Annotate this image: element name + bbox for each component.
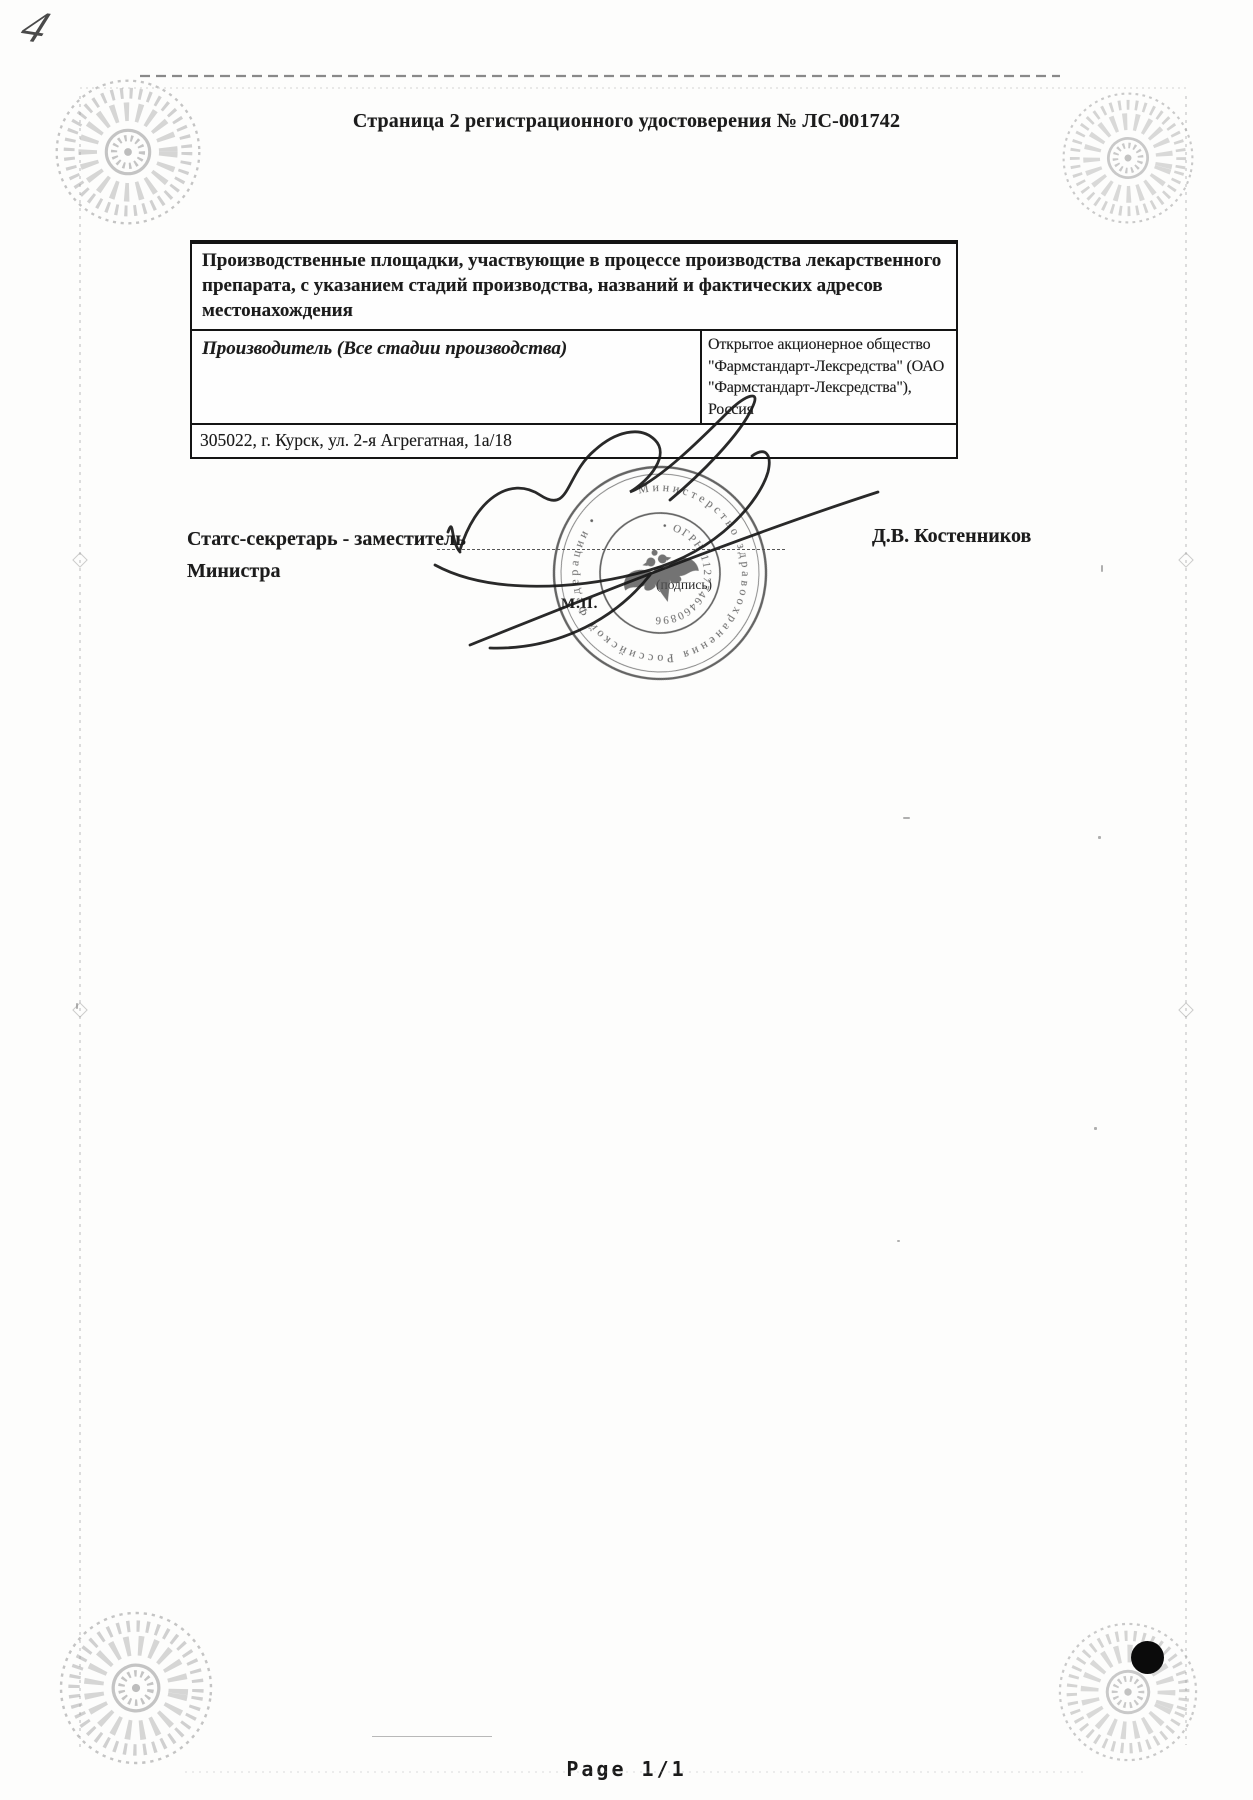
rosette-top-right <box>1049 79 1207 237</box>
rosette-bottom-right <box>1039 1603 1216 1780</box>
document-page: 4 Страница 2 регистрационного удостовере… <box>0 0 1253 1800</box>
rosette-bottom-left <box>51 1603 220 1772</box>
pen-signature <box>400 380 920 680</box>
black-dot-mark <box>1131 1641 1164 1674</box>
decorative-border <box>0 0 1253 1800</box>
rosette-top-left <box>57 81 200 224</box>
